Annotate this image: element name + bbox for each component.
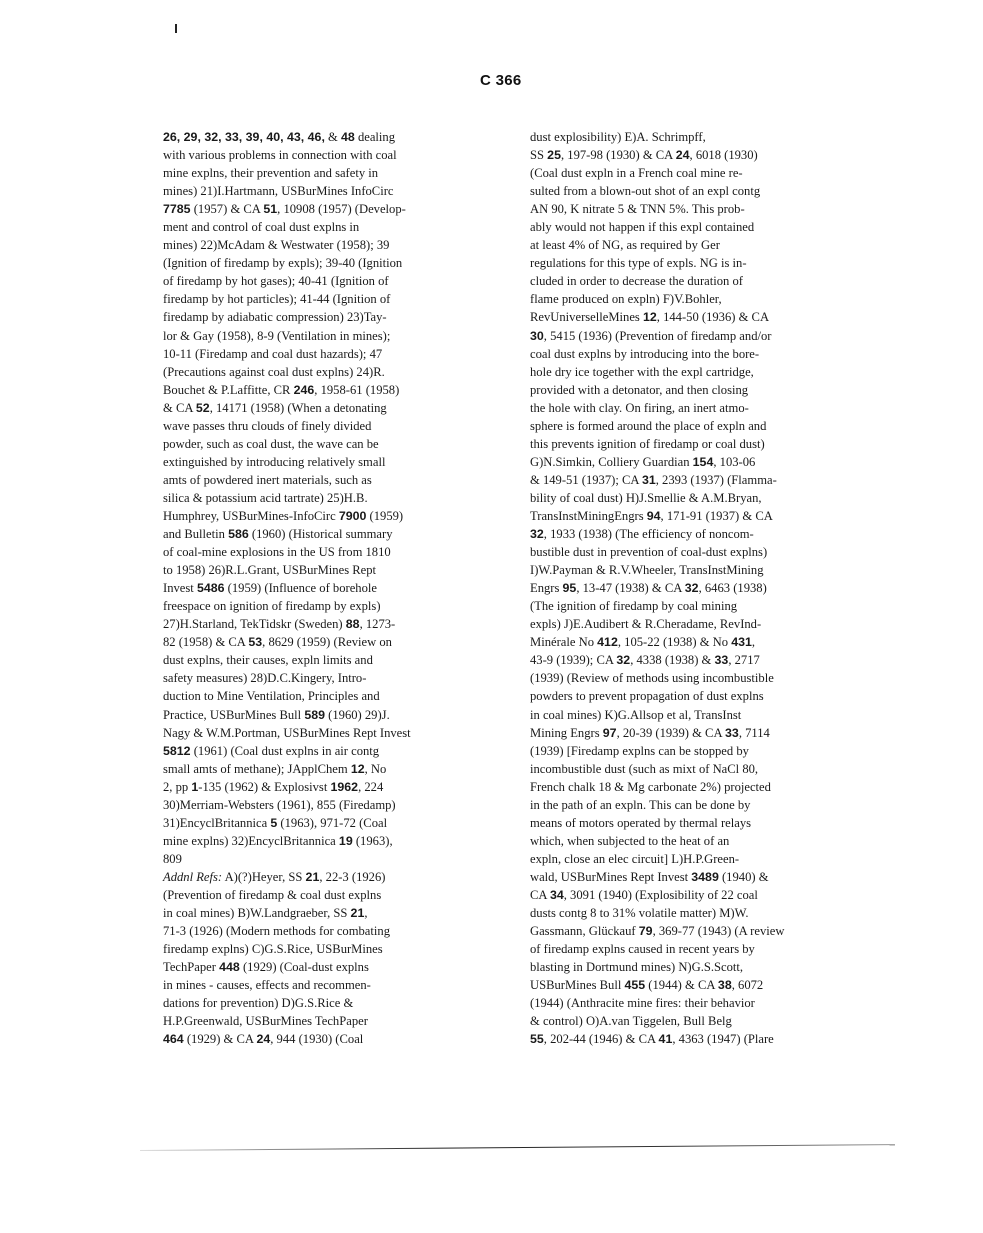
text-line: duction to Mine Ventilation, Principles …: [163, 687, 483, 705]
text-line: silica & potassium acid tartrate) 25)H.B…: [163, 489, 483, 507]
text-line: lor & Gay (1958), 8-9 (Ventilation in mi…: [163, 327, 483, 345]
text-line: means of motors operated by thermal rela…: [530, 814, 860, 832]
text-line: of coal-mine explosions in the US from 1…: [163, 543, 483, 561]
text-line: coal dust explns by introducing into the…: [530, 345, 860, 363]
text-line: at least 4% of NG, as required by Ger: [530, 236, 860, 254]
text-line: RevUniverselleMines 12, 144-50 (1936) & …: [530, 308, 860, 326]
text-line: the hole with clay. On firing, an inert …: [530, 399, 860, 417]
text-line: dations for prevention) D)G.S.Rice &: [163, 994, 483, 1012]
text-line: ably would not happen if this expl conta…: [530, 218, 860, 236]
left-column: 26, 29, 32, 33, 39, 40, 43, 46, & 48 dea…: [163, 128, 483, 1048]
text-line: Humphrey, USBurMines-InfoCirc 7900 (1959…: [163, 507, 483, 525]
text-line: extinguished by introducing relatively s…: [163, 453, 483, 471]
text-line: wald, USBurMines Rept Invest 3489 (1940)…: [530, 868, 860, 886]
text-line: mine explns) 32)EncyclBritannica 19 (196…: [163, 832, 483, 850]
text-line: 26, 29, 32, 33, 39, 40, 43, 46, & 48 dea…: [163, 128, 483, 146]
text-line: with various problems in connection with…: [163, 146, 483, 164]
text-line: flame produced on expln) F)V.Bohler,: [530, 290, 860, 308]
right-column: dust explosibility) E)A. Schrimpff,SS 25…: [530, 128, 860, 1048]
text-line: dust explosibility) E)A. Schrimpff,: [530, 128, 860, 146]
text-line: Engrs 95, 13-47 (1938) & CA 32, 6463 (19…: [530, 579, 860, 597]
text-line: TransInstMiningEngrs 94, 171-91 (1937) &…: [530, 507, 860, 525]
text-line: Gassmann, Glückauf 79, 369-77 (1943) (A …: [530, 922, 860, 940]
text-line: in coal mines) B)W.Landgraeber, SS 21,: [163, 904, 483, 922]
text-line: (Precautions against coal dust explns) 2…: [163, 363, 483, 381]
text-line: mines) 21)I.Hartmann, USBurMines InfoCir…: [163, 182, 483, 200]
text-line: mines) 22)McAdam & Westwater (1958); 39: [163, 236, 483, 254]
text-line: TechPaper 448 (1929) (Coal-dust explns: [163, 958, 483, 976]
text-line: (Ignition of firedamp by expls); 39-40 (…: [163, 254, 483, 272]
text-line: of firedamp explns caused in recent year…: [530, 940, 860, 958]
text-line: Addnl Refs: A)(?)Heyer, SS 21, 22-3 (192…: [163, 868, 483, 886]
text-line: safety measures) 28)D.C.Kingery, Intro-: [163, 669, 483, 687]
text-line: mine explns, their prevention and safety…: [163, 164, 483, 182]
text-line: sulted from a blown-out shot of an expl …: [530, 182, 860, 200]
text-line: 464 (1929) & CA 24, 944 (1930) (Coal: [163, 1030, 483, 1048]
text-line: CA 34, 3091 (1940) (Explosibility of 22 …: [530, 886, 860, 904]
text-line: 30, 5415 (1936) (Prevention of firedamp …: [530, 327, 860, 345]
text-line: in mines - causes, effects and recommen-: [163, 976, 483, 994]
text-line: 27)H.Starland, TekTidskr (Sweden) 88, 12…: [163, 615, 483, 633]
text-line: Practice, USBurMines Bull 589 (1960) 29)…: [163, 706, 483, 724]
text-line: SS 25, 197-98 (1930) & CA 24, 6018 (1930…: [530, 146, 860, 164]
text-line: freespace on ignition of firedamp by exp…: [163, 597, 483, 615]
text-line: blasting in Dortmund mines) N)G.S.Scott,: [530, 958, 860, 976]
text-line: bustible dust in prevention of coal-dust…: [530, 543, 860, 561]
text-line: which, when subjected to the heat of an: [530, 832, 860, 850]
text-line: G)N.Simkin, Colliery Guardian 154, 103-0…: [530, 453, 860, 471]
text-line: 30)Merriam-Websters (1961), 855 (Firedam…: [163, 796, 483, 814]
text-line: expls) J)E.Audibert & R.Cheradame, RevIn…: [530, 615, 860, 633]
text-line: 43-9 (1939); CA 32, 4338 (1938) & 33, 27…: [530, 651, 860, 669]
text-line: 809: [163, 850, 483, 868]
text-line: Bouchet & P.Laffitte, CR 246, 1958-61 (1…: [163, 381, 483, 399]
text-line: 31)EncyclBritannica 5 (1963), 971-72 (Co…: [163, 814, 483, 832]
text-line: dusts contg 8 to 31% volatile matter) M)…: [530, 904, 860, 922]
text-line: 55, 202-44 (1946) & CA 41, 4363 (1947) (…: [530, 1030, 860, 1048]
text-line: 82 (1958) & CA 53, 8629 (1959) (Review o…: [163, 633, 483, 651]
text-line: Nagy & W.M.Portman, USBurMines Rept Inve…: [163, 724, 483, 742]
text-line: AN 90, K nitrate 5 & TNN 5%. This prob-: [530, 200, 860, 218]
text-line: Invest 5486 (1959) (Influence of borehol…: [163, 579, 483, 597]
text-line: 32, 1933 (1938) (The efficiency of nonco…: [530, 525, 860, 543]
text-line: 10-11 (Firedamp and coal dust hazards); …: [163, 345, 483, 363]
text-line: & CA 52, 14171 (1958) (When a detonating: [163, 399, 483, 417]
text-line: & 149-51 (1937); CA 31, 2393 (1937) (Fla…: [530, 471, 860, 489]
text-line: USBurMines Bull 455 (1944) & CA 38, 6072: [530, 976, 860, 994]
text-line: powder, such as coal dust, the wave can …: [163, 435, 483, 453]
text-line: this prevents ignition of firedamp or co…: [530, 435, 860, 453]
text-line: 5812 (1961) (Coal dust explns in air con…: [163, 742, 483, 760]
text-line: & control) O)A.van Tiggelen, Bull Belg: [530, 1012, 860, 1030]
text-line: 7785 (1957) & CA 51, 10908 (1957) (Devel…: [163, 200, 483, 218]
text-line: Mining Engrs 97, 20-39 (1939) & CA 33, 7…: [530, 724, 860, 742]
text-line: sphere is formed around the place of exp…: [530, 417, 860, 435]
text-line: cluded in order to decrease the duration…: [530, 272, 860, 290]
text-line: 2, pp 1-135 (1962) & Explosivst 1962, 22…: [163, 778, 483, 796]
text-line: French chalk 18 & Mg carbonate 2%) proje…: [530, 778, 860, 796]
text-line: (1939) [Firedamp explns can be stopped b…: [530, 742, 860, 760]
footer-rule: [140, 1144, 895, 1151]
text-line: firedamp explns) C)G.S.Rice, USBurMines: [163, 940, 483, 958]
page-number: C 366: [480, 72, 522, 89]
scan-corner-mark: [175, 24, 177, 33]
text-line: amts of powdered inert materials, such a…: [163, 471, 483, 489]
text-line: to 1958) 26)R.L.Grant, USBurMines Rept: [163, 561, 483, 579]
text-line: of firedamp by hot gases); 40-41 (Igniti…: [163, 272, 483, 290]
text-line: ment and control of coal dust explns in: [163, 218, 483, 236]
text-line: provided with a detonator, and then clos…: [530, 381, 860, 399]
text-line: (Coal dust expln in a French coal mine r…: [530, 164, 860, 182]
text-line: (Prevention of firedamp & coal dust expl…: [163, 886, 483, 904]
text-line: expln, close an elec circuit] L)H.P.Gree…: [530, 850, 860, 868]
text-line: (1944) (Anthracite mine fires: their beh…: [530, 994, 860, 1012]
text-line: powders to prevent propagation of dust e…: [530, 687, 860, 705]
text-line: dust explns, their causes, expln limits …: [163, 651, 483, 669]
text-line: (The ignition of firedamp by coal mining: [530, 597, 860, 615]
text-line: firedamp by hot particles); 41-44 (Ignit…: [163, 290, 483, 308]
text-line: bility of coal dust) H)J.Smellie & A.M.B…: [530, 489, 860, 507]
text-line: firedamp by adiabatic compression) 23)Ta…: [163, 308, 483, 326]
text-line: in coal mines) K)G.Allsop et al, TransIn…: [530, 706, 860, 724]
text-line: (1939) (Review of methods using incombus…: [530, 669, 860, 687]
text-line: H.P.Greenwald, USBurMines TechPaper: [163, 1012, 483, 1030]
text-line: and Bulletin 586 (1960) (Historical summ…: [163, 525, 483, 543]
text-line: I)W.Payman & R.V.Wheeler, TransInstMinin…: [530, 561, 860, 579]
text-line: regulations for this type of expls. NG i…: [530, 254, 860, 272]
text-line: Minérale No 412, 105-22 (1938) & No 431,: [530, 633, 860, 651]
text-line: in the path of an expln. This can be don…: [530, 796, 860, 814]
text-line: hole dry ice together with the expl cart…: [530, 363, 860, 381]
text-line: small amts of methane); JApplChem 12, No: [163, 760, 483, 778]
text-line: incombustible dust (such as mixt of NaCl…: [530, 760, 860, 778]
text-line: 71-3 (1926) (Modern methods for combatin…: [163, 922, 483, 940]
text-line: wave passes thru clouds of finely divide…: [163, 417, 483, 435]
